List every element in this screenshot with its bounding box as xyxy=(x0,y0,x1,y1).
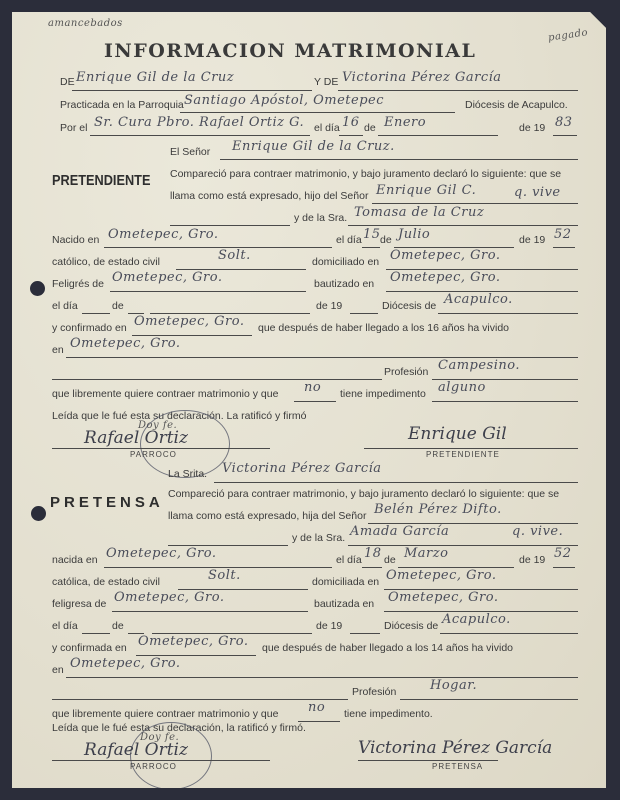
tiene-impedimento: tiene impedimento. xyxy=(344,708,433,720)
field-line xyxy=(52,379,382,380)
year-prefix: de 19 xyxy=(519,554,545,566)
y-de-la-sra: y de la Sra. xyxy=(292,532,345,544)
pretendiente-signature: Enrique Gil xyxy=(408,424,507,444)
llama-text: llama como está expresado, hija del Seño… xyxy=(168,510,366,522)
diocesis-label: Diócesis de xyxy=(384,620,438,632)
field-line xyxy=(170,225,290,226)
despues-text: que después de haber llegado a los 16 añ… xyxy=(258,322,509,334)
civil-status-field[interactable]: Solt. xyxy=(218,248,251,263)
por-el-field[interactable]: Sr. Cura Pbro. Rafael Ortiz G. xyxy=(94,115,304,130)
bautizada-label: bautizada en xyxy=(314,598,374,610)
field-line xyxy=(400,699,578,700)
domicile-field[interactable]: Ometepec, Gro. xyxy=(390,248,501,263)
civil-status-field[interactable]: Solt. xyxy=(208,568,241,583)
birth-year-field[interactable]: 52 xyxy=(554,546,572,561)
pretendiente-label: PRETENDIENTE xyxy=(426,450,500,459)
de-label: de xyxy=(380,234,392,246)
field-line xyxy=(82,313,110,314)
field-line xyxy=(350,313,378,314)
parroquia-field[interactable]: Santiago Apóstol, Ometepec xyxy=(184,93,384,108)
catolica-label: católica, de estado civil xyxy=(52,576,160,588)
parroco-label: PARROCO xyxy=(130,450,177,459)
bride-full-name-field[interactable]: Victorina Pérez García xyxy=(222,461,382,476)
libremente-text: que libremente quiere contraer matrimoni… xyxy=(52,708,278,720)
y-de-label: Y DE xyxy=(314,76,338,88)
father-status[interactable]: q. vive xyxy=(514,185,561,200)
birth-year-field[interactable]: 52 xyxy=(554,227,572,242)
pretensa-label: PRETENSA xyxy=(432,762,483,771)
field-line xyxy=(82,633,110,634)
srita-label: La Srita. xyxy=(168,468,207,480)
field-line xyxy=(372,203,578,204)
residence-field[interactable]: Ometepec, Gro. xyxy=(70,656,181,671)
domiciliada-label: domiciliada en xyxy=(312,576,379,588)
birthplace-field[interactable]: Ometepec, Gro. xyxy=(108,227,219,242)
de-label: de xyxy=(112,620,124,632)
section-pretendiente: PRETENDIENTE xyxy=(52,172,150,189)
parroco-label: PARROCO xyxy=(130,762,177,771)
field-line xyxy=(294,401,336,402)
en-label: en xyxy=(52,344,64,356)
parroquia-label: Practicada en la Parroquia xyxy=(60,99,184,111)
field-line xyxy=(378,135,498,136)
senor-label: El Señor xyxy=(170,146,210,158)
field-line xyxy=(350,633,380,634)
punch-hole xyxy=(30,281,45,296)
day-field[interactable]: 16 xyxy=(342,115,360,130)
signature-line xyxy=(358,760,498,761)
bride-name-field[interactable]: Victorina Pérez García xyxy=(342,70,502,85)
groom-full-name-field[interactable]: Enrique Gil de la Cruz. xyxy=(232,139,395,154)
comparecio-text: Compareció para contraer matrimonio, y b… xyxy=(168,488,559,500)
field-line xyxy=(348,545,578,546)
margin-note-top-right: pagado xyxy=(547,27,588,43)
field-line xyxy=(362,567,382,568)
parish-member-field[interactable]: Ometepec, Gro. xyxy=(114,590,225,605)
birth-day-field[interactable]: 15 xyxy=(363,227,381,242)
impediment-field[interactable]: no xyxy=(304,380,321,395)
confirmada-label: y confirmada en xyxy=(52,642,127,654)
signature-line xyxy=(364,448,578,449)
diocesis-label: Diócesis de xyxy=(382,300,436,312)
field-line xyxy=(66,677,578,678)
profesion-label: Profesión xyxy=(384,366,428,378)
month-field[interactable]: Enero xyxy=(384,115,426,130)
profession-field[interactable]: Hogar. xyxy=(430,678,477,693)
baptism-place-field[interactable]: Ometepec, Gro. xyxy=(388,590,499,605)
residence-field[interactable]: Ometepec, Gro. xyxy=(70,336,181,351)
field-line xyxy=(72,90,312,91)
signature-line xyxy=(52,760,270,761)
birth-month-field[interactable]: Marzo xyxy=(404,546,448,561)
por-el-label: Por el xyxy=(60,122,87,134)
mother-status[interactable]: q. vive. xyxy=(512,524,563,539)
field-line xyxy=(440,633,578,634)
y-de-la-sra: y de la Sra. xyxy=(294,212,347,224)
punch-hole xyxy=(31,506,46,521)
signature-line xyxy=(52,448,270,449)
parroco-signature: Rafael Ortiz xyxy=(84,740,188,760)
el-dia-label: el día xyxy=(336,234,362,246)
birthplace-field[interactable]: Ometepec, Gro. xyxy=(106,546,217,561)
domiciliado-label: domiciliado en xyxy=(312,256,379,268)
parish-member-field[interactable]: Ometepec, Gro. xyxy=(112,270,223,285)
libremente-text: que libremente quiere contraer matrimoni… xyxy=(52,388,278,400)
despues-text: que después de haber llegado a los 14 añ… xyxy=(262,642,513,654)
field-line xyxy=(180,112,455,113)
birth-month-field[interactable]: Julio xyxy=(398,227,430,242)
diocese-field[interactable]: Acapulco. xyxy=(442,612,511,627)
father-field[interactable]: Belén Pérez Difto. xyxy=(374,502,502,517)
feligresa-label: feligresa de xyxy=(52,598,106,610)
field-line xyxy=(214,482,578,483)
catolico-label: católico, de estado civil xyxy=(52,256,160,268)
diocesis-text: Diócesis de Acapulco. xyxy=(465,99,568,111)
confirmation-place-field[interactable]: Ometepec, Gro. xyxy=(134,314,245,329)
profession-field[interactable]: Campesino. xyxy=(438,358,520,373)
comparecio-text: Compareció para contraer matrimonio, y b… xyxy=(170,168,561,180)
field-line xyxy=(438,313,578,314)
mother-field[interactable]: Tomasa de la Cruz xyxy=(354,205,484,220)
field-line xyxy=(553,135,577,136)
field-line xyxy=(362,247,380,248)
el-dia-label: el día xyxy=(336,554,362,566)
el-dia-label: el día xyxy=(314,122,340,134)
nacido-label: Nacido en xyxy=(52,234,99,246)
baptism-place-field[interactable]: Ometepec, Gro. xyxy=(390,270,501,285)
profesion-label: Profesión xyxy=(352,686,396,698)
father-field[interactable]: Enrique Gil C. xyxy=(376,183,476,198)
field-line xyxy=(339,135,363,136)
field-line xyxy=(52,699,348,700)
el-dia-label: el día xyxy=(52,620,78,632)
field-line xyxy=(338,90,578,91)
parroco-signature: Rafael Ortiz xyxy=(84,428,188,448)
impediment-extra-field[interactable]: alguno xyxy=(438,380,486,395)
feligres-label: Feligrés de xyxy=(52,278,104,290)
field-line xyxy=(220,159,578,160)
margin-note-top-left: amancebados xyxy=(48,18,123,29)
tiene-impedimento: tiene impedimento xyxy=(340,388,426,400)
diocese-field[interactable]: Acapulco. xyxy=(444,292,513,307)
groom-name-field[interactable]: Enrique Gil de la Cruz xyxy=(76,70,234,85)
de-19-label: de 19 xyxy=(316,620,342,632)
birth-day-field[interactable]: 18 xyxy=(364,546,382,561)
impediment-field[interactable]: no xyxy=(308,700,325,715)
confirmado-label: y confirmado en xyxy=(52,322,127,334)
field-line xyxy=(348,225,578,226)
en-label: en xyxy=(52,664,64,676)
page-title: INFORMACION MATRIMONIAL xyxy=(104,40,476,62)
section-pretensa: PRETENSA xyxy=(50,494,164,511)
field-line xyxy=(90,135,310,136)
year-prefix: de 19 xyxy=(519,234,545,246)
de-19-label: de 19 xyxy=(316,300,342,312)
llama-text: llama como está expresado, hijo del Seño… xyxy=(170,190,368,202)
field-line xyxy=(553,247,575,248)
year-prefix: de 19 xyxy=(519,122,545,134)
year-field[interactable]: 83 xyxy=(555,115,573,130)
de-label: de xyxy=(384,554,396,566)
nacida-label: nacida en xyxy=(52,554,98,566)
pretensa-signature: Victorina Pérez García xyxy=(358,738,552,758)
de-label: de xyxy=(112,300,124,312)
bautizado-label: bautizado en xyxy=(314,278,374,290)
confirmation-place-field[interactable]: Ometepec, Gro. xyxy=(138,634,249,649)
document-page: amancebados pagado INFORMACION MATRIMONI… xyxy=(12,12,606,788)
domicile-field[interactable]: Ometepec, Gro. xyxy=(386,568,497,583)
field-line xyxy=(553,567,575,568)
de-label: DE xyxy=(60,76,75,88)
field-line xyxy=(432,401,578,402)
de-label: de xyxy=(364,122,376,134)
field-line xyxy=(110,291,306,292)
el-dia-label: el día xyxy=(52,300,78,312)
mother-field[interactable]: Amada García xyxy=(350,524,449,539)
field-line xyxy=(112,611,308,612)
